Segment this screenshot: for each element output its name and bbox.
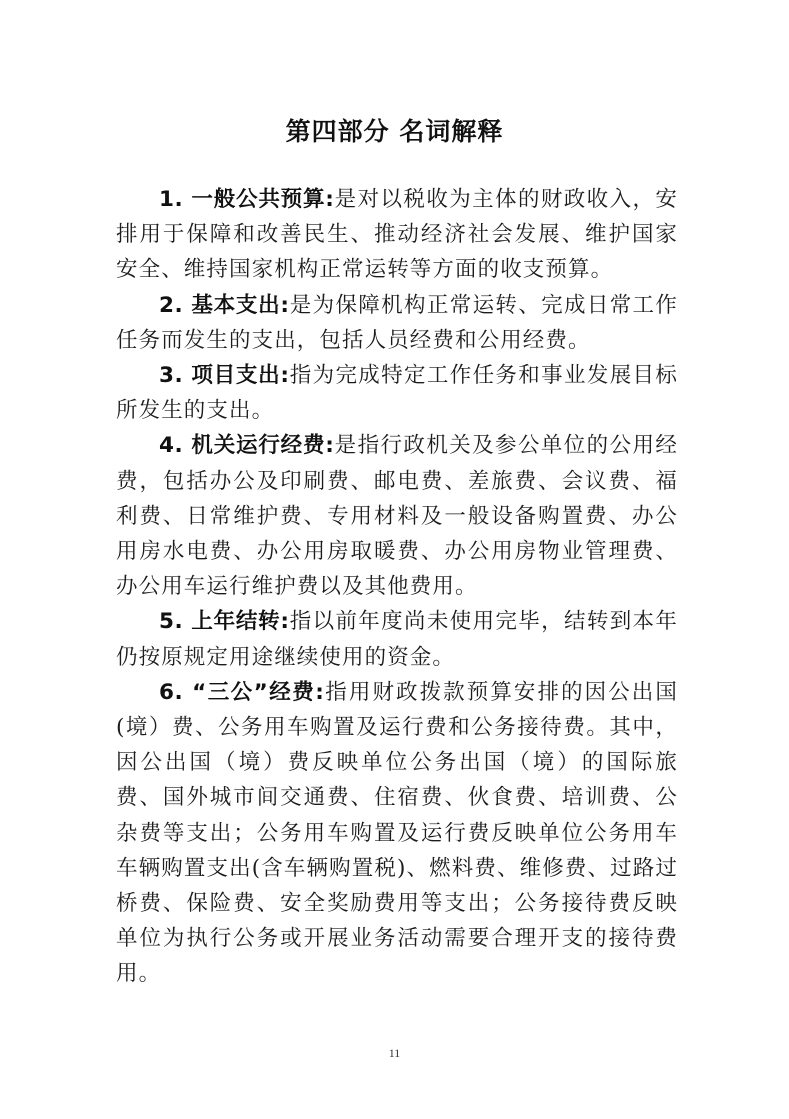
definition-item-prior-year-carryover: 5. 上年结转:指以前年度尚未使用完毕，结转到本年仍按原规定用途继续使用的资金。 (116, 604, 678, 674)
document-page: 第四部分 名词解释 1. 一般公共预算:是对以税收为主体的财政收入，安排用于保障… (0, 0, 789, 1119)
definition-term: 3. 项目支出: (159, 363, 289, 388)
definition-item-agency-operating-funds: 4. 机关运行经费:是指行政机关及参公单位的公用经费，包括办公及印刷费、邮电费、… (116, 428, 678, 604)
definition-item-project-expenditure: 3. 项目支出:指为完成特定工作任务和事业发展目标所发生的支出。 (116, 358, 678, 428)
definition-item-basic-expenditure: 2. 基本支出:是为保障机构正常运转、完成日常工作任务而发生的支出，包括人员经费… (116, 288, 678, 358)
definition-term: 1. 一般公共预算: (159, 187, 334, 212)
page-number: 11 (0, 1046, 789, 1061)
definition-term: 5. 上年结转: (159, 609, 289, 634)
definition-term: 4. 机关运行经费: (159, 433, 334, 458)
page-title: 第四部分 名词解释 (0, 112, 789, 148)
definition-text: 指用财政拨款预算安排的因公出国(境）费、公务用车购置及运行费和公务接待费。其中，… (116, 680, 678, 987)
definition-term: 6. “三公”经费: (159, 680, 324, 705)
definition-term: 2. 基本支出: (159, 293, 289, 318)
definition-item-three-public-expenses: 6. “三公”经费:指用财政拨款预算安排的因公出国(境）费、公务用车购置及运行费… (116, 675, 678, 992)
definitions-list: 1. 一般公共预算:是对以税收为主体的财政收入，安排用于保障和改善民生、推动经济… (116, 182, 678, 992)
definition-item-general-public-budget: 1. 一般公共预算:是对以税收为主体的财政收入，安排用于保障和改善民生、推动经济… (116, 182, 678, 288)
